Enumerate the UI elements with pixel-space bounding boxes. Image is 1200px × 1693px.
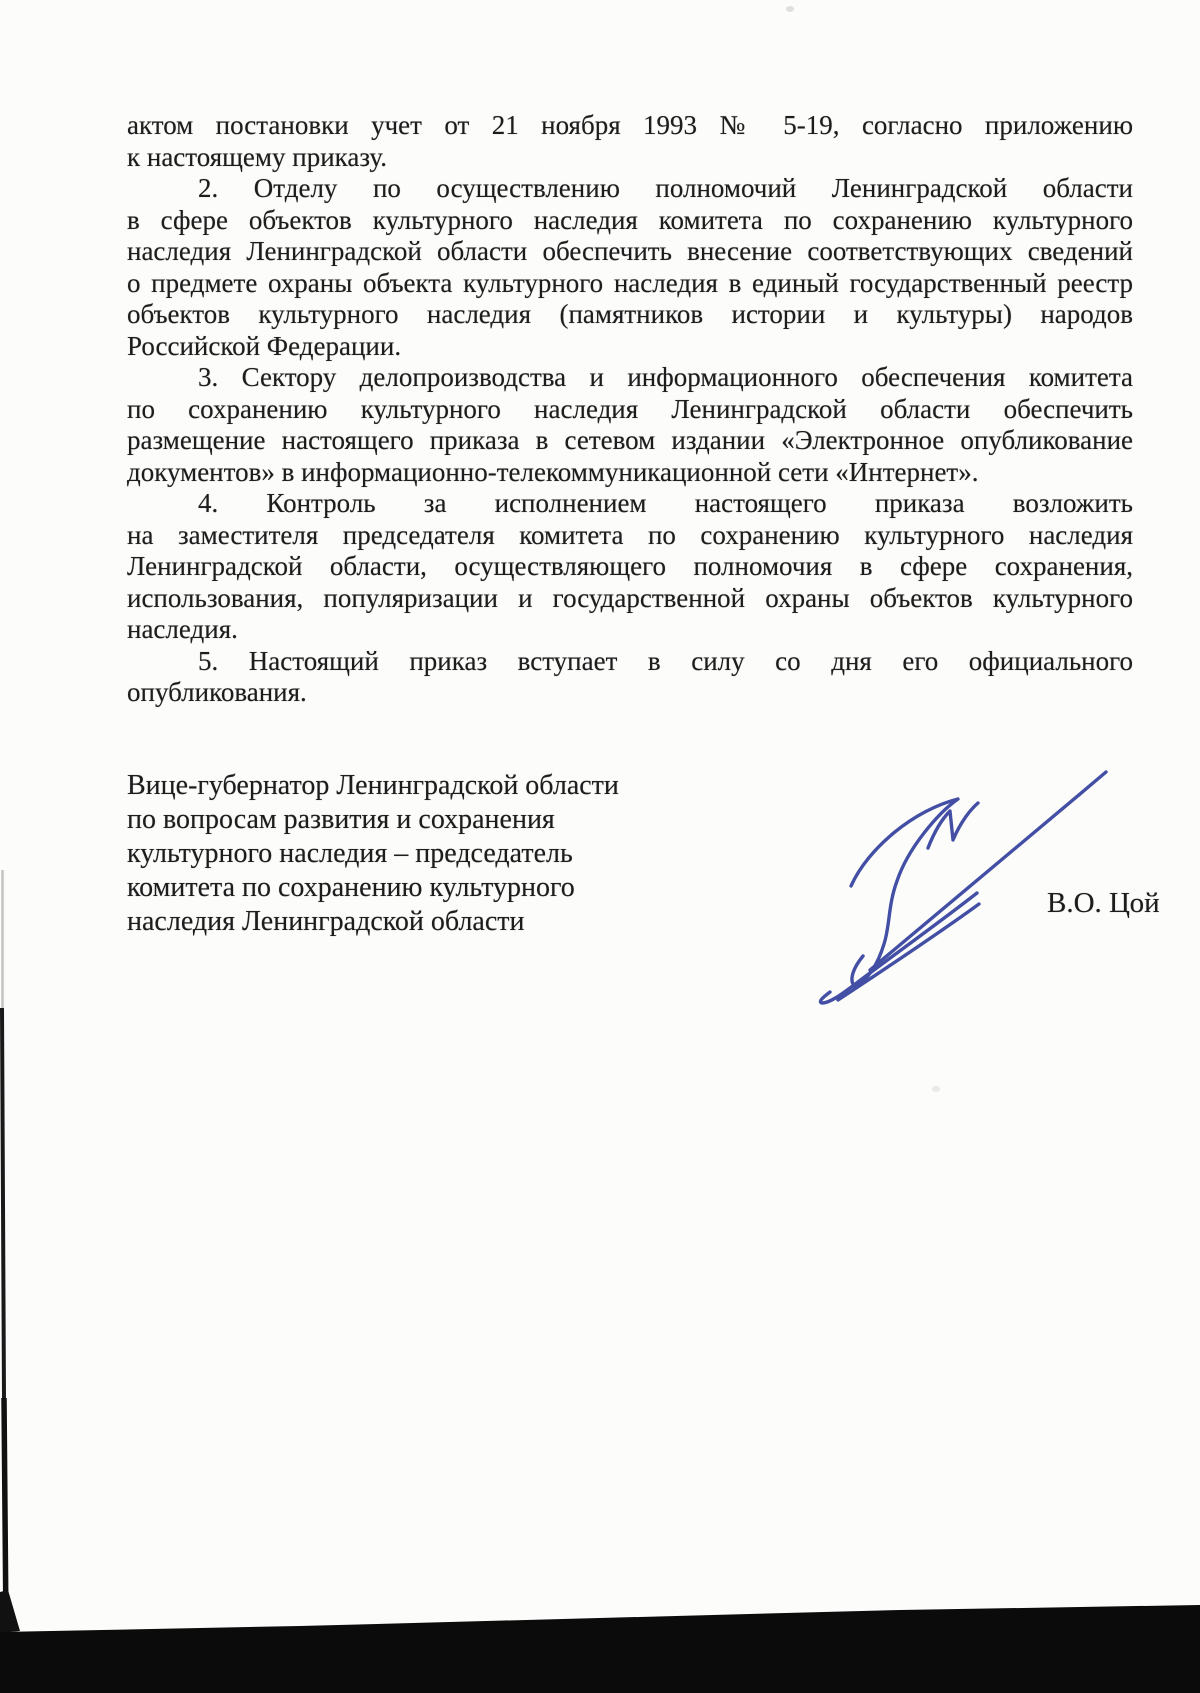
scan-speck	[932, 1086, 940, 1092]
scan-left-edge-line	[2, 1008, 4, 1400]
scan-edge-artifacts	[0, 0, 1200, 1693]
scan-bottom-band	[0, 1605, 1200, 1693]
scan-speck	[786, 6, 794, 12]
scanned-document-page: актом постановки учет от 21 ноября 1993 …	[0, 0, 1200, 1693]
scan-corner-wedge	[0, 1590, 20, 1633]
